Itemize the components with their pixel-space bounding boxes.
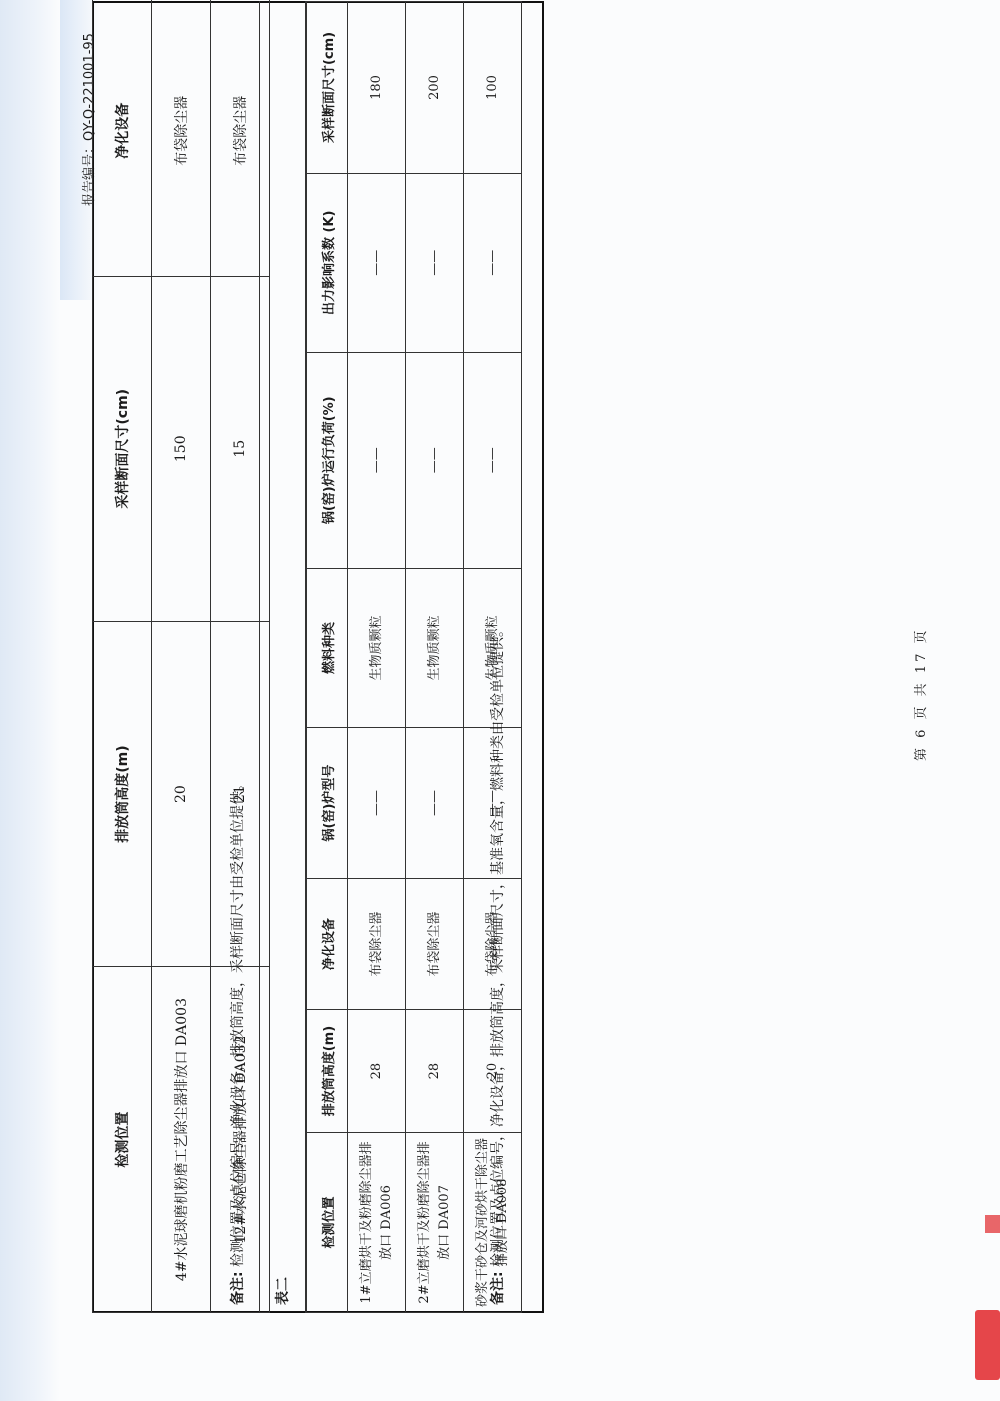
table-row: 1#立磨烘干及粉磨除尘器排放口 DA006 28 布袋除尘器 —— 生物质颗粒 … bbox=[348, 2, 406, 1313]
header-purifier: 净化设备 bbox=[93, 0, 152, 276]
cell-purifier: 布袋除尘器 bbox=[406, 878, 464, 1009]
cell-section-size: 200 bbox=[406, 2, 464, 174]
cell-purifier: 布袋除尘器 bbox=[348, 878, 406, 1009]
cell-boiler-load: —— bbox=[348, 352, 406, 568]
cell-fuel-type: 生物质颗粒 bbox=[348, 568, 406, 727]
header-boiler-load: 锅(窑)炉运行负荷(%) bbox=[307, 352, 348, 568]
table-1-note: 备注: 检测位置及点位编号，净化设备，排放筒高度，采样断面尺寸由受检单位提供。 bbox=[216, 1, 260, 1313]
cell-stack-height: 20 bbox=[152, 621, 211, 966]
document-page: 报告编号：QY-Q-221001-95 检测位置 排放筒高度(m) 采样断面尺寸… bbox=[0, 0, 1000, 1401]
header-boiler-model: 锅(窑)炉型号 bbox=[307, 728, 348, 879]
header-fuel-type: 燃料种类 bbox=[307, 568, 348, 727]
header-section-size: 采样断面尺寸(cm) bbox=[93, 276, 152, 621]
cell-purifier: 布袋除尘器 bbox=[152, 0, 211, 276]
header-location: 检测位置 bbox=[307, 1132, 348, 1312]
cell-section-size: 180 bbox=[348, 2, 406, 174]
header-output-factor: 出力影响系数 (K) bbox=[307, 173, 348, 352]
cell-stack-height: 28 bbox=[348, 1010, 406, 1133]
table-header-row: 检测位置 排放筒高度(m) 采样断面尺寸(cm) 净化设备 bbox=[93, 0, 152, 1313]
table-2-note: 备注: 检测位置及点位编号，净化设备，排放筒高度，采样断面尺寸，基准氧含量，燃料… bbox=[480, 1, 542, 1313]
header-stack-height: 排放筒高度(m) bbox=[307, 1010, 348, 1133]
table-2-title: 表二 bbox=[260, 1, 306, 1313]
cell-boiler-model: —— bbox=[348, 728, 406, 879]
table-row: 2#立磨烘干及粉磨除尘器排放口 DA007 28 布袋除尘器 —— 生物质颗粒 … bbox=[406, 2, 464, 1313]
cell-boiler-load: —— bbox=[406, 352, 464, 568]
cell-fuel-type: 生物质颗粒 bbox=[406, 568, 464, 727]
table-row: 4#水泥球磨机粉磨工艺除尘器排放口 DA003 20 150 布袋除尘器 bbox=[152, 0, 211, 1313]
cell-location: 1#立磨烘干及粉磨除尘器排放口 DA006 bbox=[348, 1132, 406, 1312]
cell-location: 4#水泥球磨机粉磨工艺除尘器排放口 DA003 bbox=[152, 967, 211, 1313]
cell-stack-height: 28 bbox=[406, 1010, 464, 1133]
cell-boiler-model: —— bbox=[406, 728, 464, 879]
header-stack-height: 排放筒高度(m) bbox=[93, 621, 152, 966]
cell-section-size: 150 bbox=[152, 276, 211, 621]
header-purifier: 净化设备 bbox=[307, 878, 348, 1009]
header-location: 检测位置 bbox=[93, 967, 152, 1313]
table-header-row: 检测位置 排放筒高度(m) 净化设备 锅(窑)炉型号 燃料种类 锅(窑)炉运行负… bbox=[307, 2, 348, 1313]
cell-output-factor: —— bbox=[348, 173, 406, 352]
page-number: 第 6 页 共 17 页 bbox=[910, 628, 929, 761]
cell-output-factor: —— bbox=[406, 173, 464, 352]
cell-location: 2#立磨烘干及粉磨除尘器排放口 DA007 bbox=[406, 1132, 464, 1312]
header-section-size: 采样断面尺寸(cm) bbox=[307, 2, 348, 174]
